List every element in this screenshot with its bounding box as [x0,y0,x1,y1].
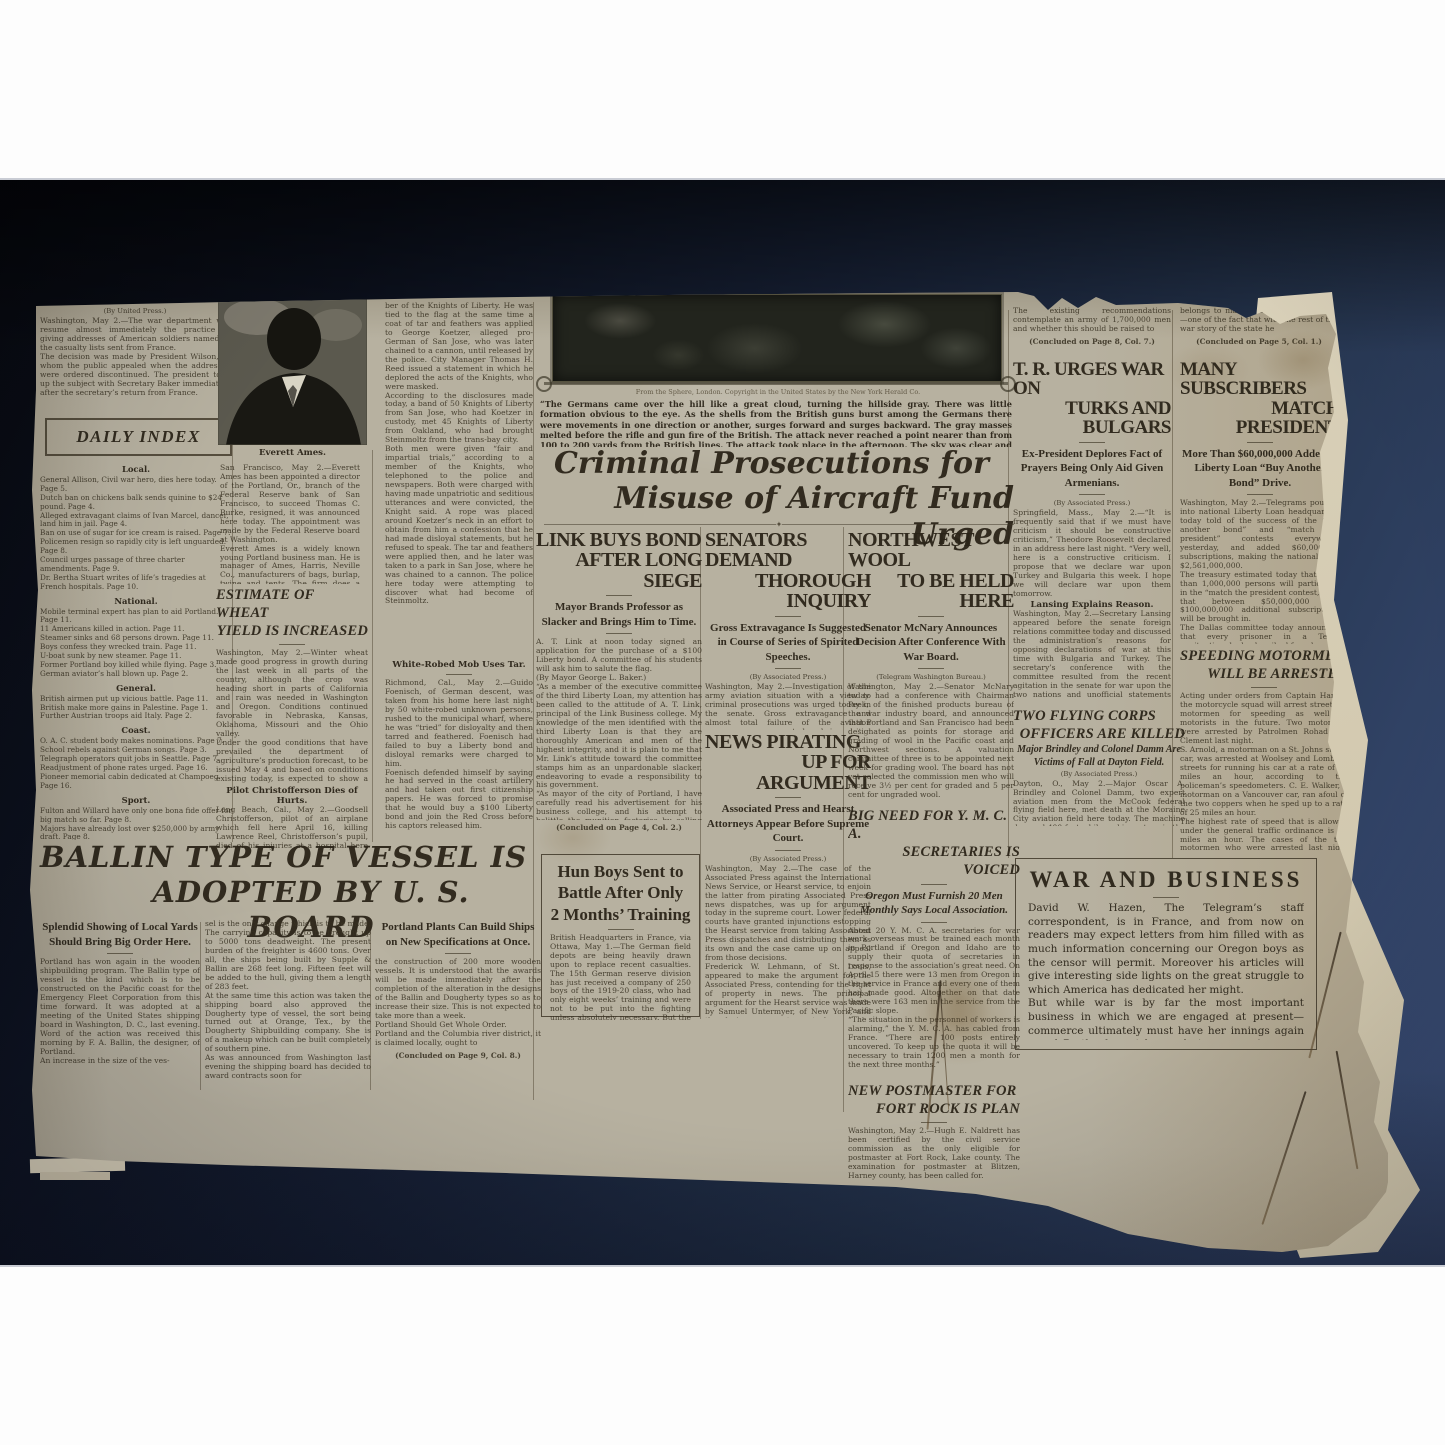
article-body: the construction of 200 more wooden vess… [375,958,541,1048]
article-war-dept-addresses: (By United Press.) Washington, May 2.—Th… [40,307,230,413]
ballin-column-b: sel is the only change which is to be ma… [205,920,371,1100]
headline-two-flying-corps: TWO FLYING CORPS OFFICERS ARE KILLED [1013,707,1185,743]
divider [775,668,801,669]
article-body: A. T. Link at noon today signed an appli… [536,638,702,820]
article-body: ber of the Knights of Liberty. He was ti… [385,302,533,606]
subhead: Portland Plants Can Build Ships on New S… [375,920,541,949]
article-body: Washington, May 2.—The war department wi… [40,317,230,398]
divider [918,668,944,669]
article-body: Washington, May 2.—Telegrams pouring int… [1180,499,1340,644]
portrait-photo [218,295,367,445]
article-body: Washington, May 2.—Winter wheat made goo… [216,649,368,784]
paper-tear [1336,1051,1359,1170]
divider [921,884,947,885]
subhead: Pilot Christofferson Dies of Hurts. [216,786,368,806]
diamond-divider: ✦ [544,520,1014,529]
photo-caption-quote: “The Germans came over the hill like a g… [540,399,1012,447]
headline-speeding-motormen: SPEEDING MOTORMEN WILL BE ARRESTED [1180,647,1348,683]
article-body: Washington, May 2.—The case of the Assoc… [705,865,871,1018]
divider [107,953,133,954]
article-two-flying-corps: TWO FLYING CORPS OFFICERS ARE KILLED Maj… [1013,707,1185,855]
ballin-column-c: Portland Plants Can Build Ships on New S… [375,920,541,1112]
article-knights-of-liberty: ber of the Knights of Liberty. He was ti… [385,302,533,654]
article-many-subscribers: MANY SUBSCRIBERS MATCH PRESIDENT More Th… [1180,360,1340,644]
subhead: Mayor Brands Professor as Slacker and Br… [536,600,702,629]
article-body: Richmond, Cal., May 2.—Guido Foenisch, o… [385,679,533,831]
article-hun-boys-box: Hun Boys Sent to Battle After Only 2 Mon… [541,854,700,1017]
ballin-column-a: Splendid Showing of Local Yards Should B… [40,920,200,1100]
headline-fort-rock: NEW POSTMASTER FOR FORT ROCK IS PLAN [848,1082,1020,1118]
index-section-national: National. [40,596,232,606]
paper-tear [1261,1091,1306,1225]
index-items-sport: Fulton and Willard have only one bona fi… [40,807,232,840]
portrait-everett-ames [218,295,367,445]
daily-index-box: DAILY INDEX [45,418,232,456]
battle-illustration-photo [552,294,1002,382]
headline-war-and-business: WAR AND BUSINESS [1028,867,1304,893]
divider [446,674,472,675]
index-items-general: British airmen put up vicious battle. Pa… [40,695,232,722]
article-body: Washington, May 2.—Investigation of the … [705,683,871,730]
divider [1251,687,1277,688]
subhead: Major Brindley and Colonel Damm Are Vict… [1013,743,1185,769]
index-section-sport: Sport. [40,795,232,805]
divider [1079,494,1105,495]
divider [445,953,471,954]
article-body: sel is the only change which is to be ma… [205,920,371,1081]
headline-link-buys-bond: LINK BUYS BOND AFTER LONG SIEGE [536,530,702,591]
continued-line: (Concluded on Page 4, Col. 2.) [536,823,702,832]
article-fort-rock-postmaster: NEW POSTMASTER FOR FORT ROCK IS PLAN Was… [848,1082,1020,1194]
subhead: White-Robed Mob Uses Tar. [385,660,533,670]
divider [918,616,944,617]
article-lansing-explains: Lansing Explains Reason. Washington, May… [1013,600,1171,704]
index-section-coast: Coast. [40,725,232,735]
headline-tr-urges-war: T. R. URGES WAR ON TURKS AND BULGARS [1013,360,1171,438]
article-wheat-estimate: ESTIMATE OF WHEAT YIELD IS INCREASED Was… [216,586,368,784]
byline-kicker: (By Associated Press.) [1013,499,1171,507]
byline-kicker: (By Associated Press.) [705,855,871,863]
divider [1247,494,1273,495]
page-layer-sliver [40,1172,110,1180]
divider [1153,897,1179,898]
article-tr-urges-war: T. R. URGES WAR ON TURKS AND BULGARS Ex-… [1013,360,1171,598]
divider [606,633,632,634]
byline-kicker: (By Associated Press.) [1013,770,1185,778]
index-items-local: General Allison, Civil war hero, dies he… [40,476,232,592]
index-section-general: General. [40,683,232,693]
article-body: Washington, May 2.—Secretary Lansing app… [1013,610,1171,700]
column-rule [200,922,201,1090]
article-news-pirating: NEWS PIRATING UP FOR ARGUMENT Associated… [705,732,871,1018]
portrait-caption: Everett Ames. [218,448,367,458]
continued-line: (Concluded on Page 8, Col. 7.) [1013,337,1171,346]
illustration-frame-bar [544,382,1008,385]
divider [921,922,947,923]
article-body: Springfield, Mass., May 2.—“It is freque… [1013,509,1171,598]
article-senators-demand: SENATORS DEMAND THOROUGH INQUIRY Gross E… [705,530,871,730]
article-body: David W. Hazen, The Telegram’s staff cor… [1028,902,1304,1040]
continued-line: (Concluded on Page 5, Col. 1.) [1180,337,1338,346]
divider [606,595,632,596]
byline-kicker: (Telegram Washington Bureau.) [848,673,1014,681]
index-section-local: Local. [40,464,232,474]
article-body: The existing recommendations contemplate… [1013,307,1171,334]
subhead: Associated Press and Hearst Attorneys Ap… [705,802,871,846]
subhead: Ex-President Deplores Fact of Prayers Be… [1013,447,1171,491]
headline-hun-boys: Hun Boys Sent to Battle After Only 2 Mon… [550,861,691,925]
divider [608,929,634,930]
article-body: Washington, May 2.—Hugh E. Naldrett has … [848,1127,1020,1181]
article-white-robed-mob: White-Robed Mob Uses Tar. Richmond, Cal.… [385,660,533,846]
divider [279,644,305,645]
main-headline-line1: Criminal Prosecutions for [544,446,1014,481]
column-rule [372,450,373,842]
subhead: Splendid Showing of Local Yards Should B… [40,920,200,949]
ballin-headline-line1: BALLIN TYPE OF VESSEL IS [40,840,536,875]
headline-news-pirating: NEWS PIRATING UP FOR ARGUMENT [705,732,871,793]
daily-index-list: Local. General Allison, Civil war hero, … [40,460,232,840]
subhead: More Than $60,000,000 Added to Liberty L… [1180,447,1340,491]
index-items-coast: O. A. C. student body makes nominations.… [40,737,232,790]
byline-kicker: (By Associated Press.) [705,673,871,681]
article-northwest-wool: NORTHWEST WOOL TO BE HELD HERE Senator M… [848,530,1014,800]
subhead: Gross Extravagance Is Suggested in Cours… [705,621,871,665]
headline-many-subscribers: MANY SUBSCRIBERS MATCH PRESIDENT [1180,360,1340,438]
byline-kicker: (By United Press.) [40,307,230,315]
divider [921,1122,947,1123]
column7-top-fragment: The existing recommendations contemplate… [1013,307,1171,359]
article-body: Portland has won again in the wooden shi… [40,958,200,1065]
divider [775,850,801,851]
article-war-and-business-box: WAR AND BUSINESS David W. Hazen, The Tel… [1015,858,1317,1050]
daily-index-title: DAILY INDEX [76,427,200,447]
continued-line: (Concluded on Page 9, Col. 8.) [375,1051,541,1060]
photo-credit: From the Sphere, London. Copyright in th… [558,388,998,396]
article-body: Dayton, O., May 2.—Major Oscar A. Brindl… [1013,780,1185,826]
article-body: San Francisco, May 2.—Everett Ames has b… [220,464,360,584]
photograph-of-newspaper: (By United Press.) Washington, May 2.—Th… [0,0,1445,1445]
headline-ymca: BIG NEED FOR Y. M. C. A. SECRETARIES IS … [848,807,1020,880]
photo-background: (By United Press.) Washington, May 2.—Th… [0,178,1445,1267]
subhead: Senator McNary Announces Decision After … [848,621,1014,665]
article-body: Acting under orders from Captain Harms, … [1180,692,1348,850]
article-link-buys-bond: LINK BUYS BOND AFTER LONG SIEGE Mayor Br… [536,530,702,848]
divider [1079,442,1105,443]
divider [1247,442,1273,443]
divider [775,797,801,798]
newspaper-page: (By United Press.) Washington, May 2.—Th… [28,290,1388,1262]
article-everett-ames: San Francisco, May 2.—Everett Ames has b… [220,464,360,584]
article-body: British Headquarters in France, via Otta… [550,934,691,1020]
index-items-national: Mobile terminal expert has plan to aid P… [40,608,232,679]
headline-senators-demand: SENATORS DEMAND THOROUGH INQUIRY [705,530,871,612]
subhead: Lansing Explains Reason. [1013,600,1171,610]
article-body: Washington, May 2.—Senator McNary today … [848,683,1014,799]
article-speeding-motormen: SPEEDING MOTORMEN WILL BE ARRESTED Actin… [1180,647,1348,855]
divider [775,616,801,617]
headline-wheat: ESTIMATE OF WHEAT YIELD IS INCREASED [216,586,368,640]
subhead: Oregon Must Furnish 20 Men Monthly Says … [848,889,1020,918]
headline-northwest-wool: NORTHWEST WOOL TO BE HELD HERE [848,530,1014,612]
